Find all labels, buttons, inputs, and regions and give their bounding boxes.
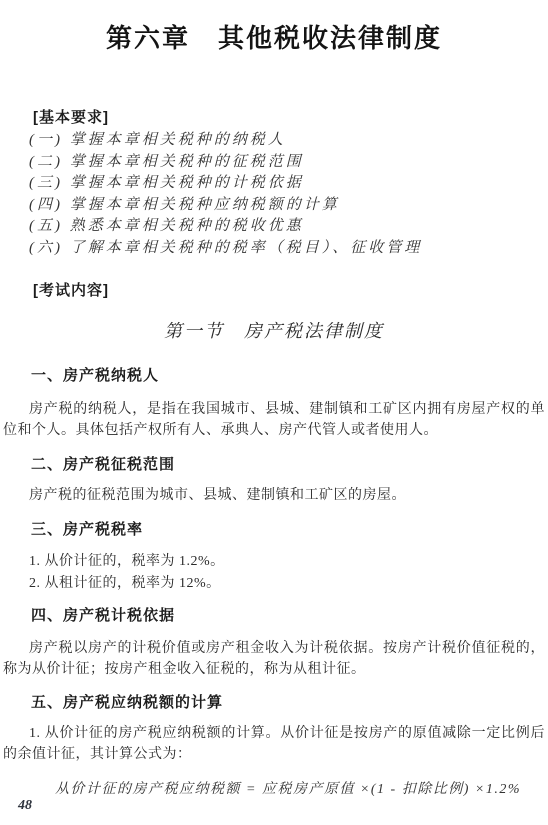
subsection-heading-taxpayer: 一、房产税纳税人 (31, 366, 159, 386)
body-paragraph: 房产税的征税范围为城市、县城、建制镇和工矿区的房屋。 (3, 486, 545, 507)
tax-formula: 从价计征的房产税应纳税额 = 应税房产原值 ×(1 - 扣除比例) ×1.2% (55, 780, 521, 800)
chapter-title: 第六章 其他税收法律制度 (0, 20, 548, 58)
requirement-item: (三) 掌握本章相关税种的计税依据 (29, 173, 422, 195)
section-title: 第一节 房产税法律制度 (0, 318, 548, 344)
requirement-item: (一) 掌握本章相关税种的纳税人 (29, 130, 422, 152)
basic-requirements-heading: [基本要求] (33, 108, 109, 128)
body-paragraph: 房产税的纳税人，是指在我国城市、县城、建制镇和工矿区内拥有房屋产权的单位和个人。… (3, 400, 545, 441)
requirement-item: (五) 熟悉本章相关税种的税收优惠 (29, 216, 422, 238)
requirement-item: (六) 了解本章相关税种的税率（税目）、征收管理 (29, 238, 422, 260)
document-page: 第六章 其他税收法律制度 [基本要求] (一) 掌握本章相关税种的纳税人 (二)… (0, 0, 548, 825)
rate-item: 1. 从价计征的，税率为 1.2%。 (29, 551, 225, 573)
subsection-heading-scope: 二、房产税征税范围 (31, 455, 175, 475)
exam-content-heading: [考试内容] (33, 281, 109, 301)
subsection-heading-rate: 三、房产税税率 (31, 520, 143, 540)
requirement-item: (二) 掌握本章相关税种的征税范围 (29, 152, 422, 174)
tax-rate-list: 1. 从价计征的，税率为 1.2%。 2. 从租计征的，税率为 12%。 (29, 551, 225, 594)
subsection-heading-calculation: 五、房产税应纳税额的计算 (31, 693, 223, 713)
basic-requirements-list: (一) 掌握本章相关税种的纳税人 (二) 掌握本章相关税种的征税范围 (三) 掌… (29, 130, 422, 259)
body-paragraph: 房产税以房产的计税价值或房产租金收入为计税依据。按房产计税价值征税的，称为从价计… (3, 639, 545, 680)
rate-item: 2. 从租计征的，税率为 12%。 (29, 573, 225, 595)
page-number: 48 (18, 797, 32, 815)
requirement-item: (四) 掌握本章相关税种应纳税额的计算 (29, 195, 422, 217)
subsection-heading-basis: 四、房产税计税依据 (31, 606, 175, 626)
body-paragraph: 1. 从价计征的房产税应纳税额的计算。从价计征是按房产的原值减除一定比例后的余值… (3, 724, 545, 765)
